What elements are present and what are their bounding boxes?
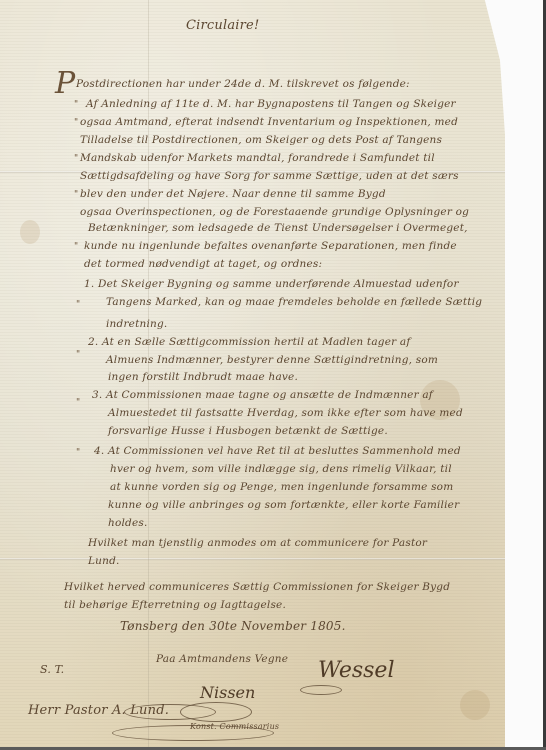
margin-quote-mark: " [76,350,80,360]
body-line: Postdirectionen har under 24de d. M. til… [76,78,410,90]
signature-right: Wessel [318,658,394,683]
paper-stain [460,690,490,720]
margin-quote-mark: " [74,242,78,252]
closing-line: Hvilket man tjenstlig anmodes om at comm… [88,537,427,549]
address-flourish [112,725,274,741]
item-line: At en Sælle Sættigcommission hertil at M… [102,336,410,348]
body-line: Sættigdsafdeling og have Sorg for samme … [80,170,459,182]
fold-crease [0,558,505,560]
closing-line: til behørige Efterretning og Iagttagelse… [64,599,286,611]
item-line: Almuestedet til fastsatte Hverdag, som i… [108,407,463,419]
margin-quote-mark: " [74,190,78,200]
margin-quote-mark: " [76,398,80,408]
margin-quote-mark: " [76,300,80,310]
item-line: At Commissionen maae tagne og ansætte de… [106,389,433,401]
margin-quote-mark: " [74,118,78,128]
document-heading: Circulaire! [186,18,259,33]
place-date: Tønsberg den 30te November 1805. [120,619,346,633]
body-line: Tilladelse til Postdirectionen, om Skeig… [80,134,442,146]
decorative-initial: P [55,66,75,101]
address-line: Herr Pastor A. Lund. [28,703,169,718]
margin-quote-mark: " [74,154,78,164]
item-number: 1. [84,278,94,290]
item-line: hver og hvem, som ville indlægge sig, de… [110,463,452,475]
body-line: Betænkninger, som ledsagede de Tienst Un… [88,222,468,234]
subscription-line: Paa Amtmandens Vegne [156,653,288,665]
closing-line: Hvilket herved communiceres Sættig Commi… [64,581,450,593]
signature-flourish [300,685,342,695]
item-line: Tangens Marked, kan og maae fremdeles be… [106,296,482,308]
item-line: holdes. [108,517,148,529]
body-line: det tormed nødvendigt at taget, og ordne… [84,258,322,270]
body-line: Af Anledning af 11te d. M. har Bygnapost… [86,98,456,110]
paper-stain [20,220,40,244]
margin-quote-mark: " [76,448,80,458]
item-line: kunne og ville anbringes og som fortænkt… [108,499,459,511]
item-line: forsvarlige Husse i Husbogen betænkt de … [108,425,388,437]
address-prefix: S. T. [40,663,64,676]
body-line: blev den under det Nøjere. Naar denne ti… [80,188,386,200]
signature-flourish [180,702,252,722]
item-line: indretning. [106,318,167,330]
signature-left: Nissen [200,683,255,702]
body-line: kunde nu ingenlunde befaltes ovenanførte… [84,240,457,252]
item-number: 2. [88,336,98,348]
margin-quote-mark: " [74,100,78,110]
closing-line: Lund. [88,555,120,567]
body-line: ogsaa Overinspectionen, og de Forestaaen… [80,206,469,218]
item-line: Det Skeiger Bygning og samme underførend… [98,278,459,290]
item-line: at kunne vorden sig og Penge, men ingenl… [110,481,453,493]
item-line: ingen forstilt Indbrudt maae have. [108,371,298,383]
item-line: At Commissionen vel have Ret til at besl… [108,445,461,457]
body-line: ogsaa Amtmand, efterat indsendt Inventar… [80,116,458,128]
item-line: Almuens Indmænner, bestyrer denne Sættig… [106,354,438,366]
item-number: 3. [92,389,102,401]
item-number: 4. [94,445,104,457]
body-line: Mandskab udenfor Markets mandtal, forand… [80,152,435,164]
